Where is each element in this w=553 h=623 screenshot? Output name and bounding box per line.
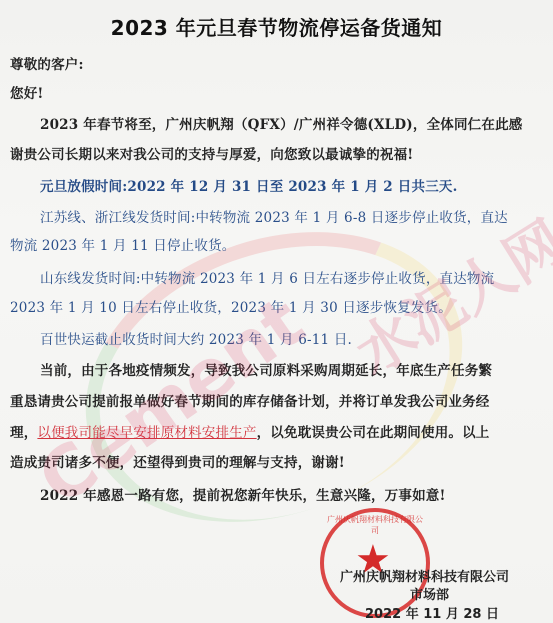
notice-line-3-prefix: 理， bbox=[10, 425, 37, 441]
intro-line-2: 谢贵公司长期以来对我公司的支持与厚爱，向您致以最诚挚的祝福! bbox=[10, 143, 413, 163]
highlighted-production-text: 以便我司能尽早安排原材料安排生产 bbox=[37, 425, 256, 441]
notice-line-2: 重恳请贵公司提前报单做好春节期间的库存储备计划，并将订单发我公司业务经 bbox=[10, 390, 490, 410]
jiangsu-zhejiang-line-2: 物流 2023 年 1 月 11 日停止收货。 bbox=[10, 234, 235, 254]
document-title: 2023 年元旦春节物流停运备货通知 bbox=[0, 12, 553, 41]
seal-text: 广州庆帆翔材料科技有限公司 bbox=[326, 514, 424, 536]
notice-document: 2023 年元旦春节物流停运备货通知 尊敬的客户: 您好! 2023 年春节将至… bbox=[0, 0, 553, 623]
signature-company: 广州庆帆翔材料科技有限公司 bbox=[340, 566, 509, 585]
closing-wishes: 2022 年感恩一路有您，提前祝您新年快乐，生意兴隆，万事如意! bbox=[40, 484, 446, 504]
shandong-line-1: 山东线发货时间:中转物流 2023 年 1 月 6 日左右逐步停止收货，直达物流 bbox=[40, 267, 494, 287]
holiday-line: 元旦放假时间:2022 年 12 月 31 日至 2023 年 1 月 2 日共… bbox=[40, 175, 458, 195]
signature-department: 市场部 bbox=[410, 584, 449, 603]
shandong-line-2: 2023 年 1 月 10 日左右停止收货，2023 年 1 月 30 日逐步恢… bbox=[10, 296, 452, 316]
notice-line-3: 理，以便我司能尽早安排原材料安排生产，以免耽误贵公司在此期间使用。以上 bbox=[10, 421, 490, 441]
greeting: 您好! bbox=[10, 82, 44, 102]
notice-line-3-suffix: ，以免耽误贵公司在此期间使用。以上 bbox=[257, 425, 490, 441]
baishi-express-line: 百世快运截止收货时间大约 2023 年 1 月 6-11 日. bbox=[40, 328, 352, 348]
jiangsu-zhejiang-line-1: 江苏线、浙江线发货时间:中转物流 2023 年 1 月 6-8 日逐步停止收货，… bbox=[40, 206, 508, 226]
notice-line-1: 当前，由于各地疫情频发，导致我公司原料采购周期延长，年底生产任务繁 bbox=[40, 359, 492, 379]
salutation: 尊敬的客户: bbox=[10, 53, 84, 73]
signature-date: 2022 年 11 月 28 日 bbox=[365, 603, 499, 622]
notice-line-4: 造成贵司诸多不便，还望得到贵司的理解与支持，谢谢! bbox=[10, 451, 345, 471]
intro-line-1: 2023 年春节将至，广州庆帆翔（QFX）/广州祥令德(XLD)，全体同仁在此感 bbox=[40, 113, 522, 133]
